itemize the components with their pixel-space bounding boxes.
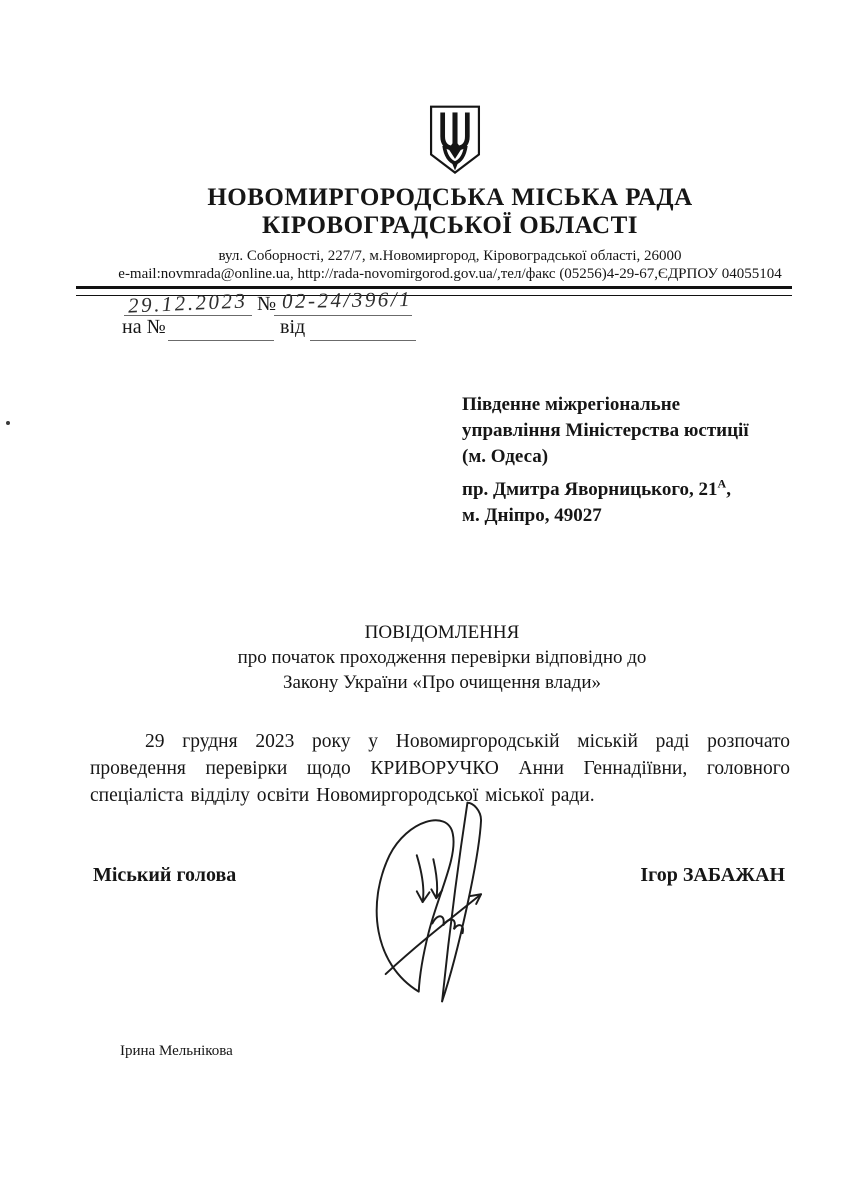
tryzub-emblem-icon (426, 96, 484, 184)
recipient-street-sup: А (718, 477, 727, 491)
recipient-street-line: пр. Дмитра Яворницького, 21А, (462, 477, 792, 503)
document-title-block: ПОВІДОМЛЕННЯ про початок проходження пер… (40, 620, 844, 695)
title-line2: про початок проходження перевірки відпов… (40, 645, 844, 670)
document-page: НОВОМИРГОРОДСЬКА МІСЬКА РАДА КІРОВОГРАДС… (0, 0, 848, 1200)
signer-name: Ігор ЗАБАЖАН (640, 864, 785, 887)
org-address-line: вул. Соборності, 227/7, м.Новомиргород, … (52, 248, 848, 265)
recipient-block: Південне міжрегіональне управління Мініс… (462, 392, 792, 529)
executor-name: Ірина Мельнікова (120, 1043, 233, 1060)
recipient-street-text: пр. Дмитра Яворницького, 21 (462, 479, 718, 500)
reply-to-number-label: на № (122, 316, 166, 339)
recipient-gap (462, 470, 792, 477)
org-name-line1: НОВОМИРГОРОДСЬКА МІСЬКА РАДА (52, 184, 848, 212)
recipient-line3: (м. Одеса) (462, 444, 792, 470)
title-line1: ПОВІДОМЛЕННЯ (40, 620, 844, 645)
recipient-street-tail: , (726, 479, 731, 500)
signer-position-title: Міський голова (93, 864, 236, 887)
reply-date-underline (310, 339, 416, 341)
recipient-line2: управління Міністерства юстиції (462, 418, 792, 444)
title-line3: Закону України «Про очищення влади» (40, 670, 844, 695)
signature-icon (335, 796, 520, 1011)
number-sign-label: № (257, 293, 276, 316)
scan-artifact-dot (6, 421, 10, 425)
recipient-line1: Південне міжрегіональне (462, 392, 792, 418)
org-name-line2: КІРОВОГРАДСЬКОЇ ОБЛАСТІ (52, 212, 848, 240)
reply-number-underline (168, 339, 274, 341)
reply-from-date-label: від (280, 316, 305, 339)
outgoing-number-handwritten: 02-24/396/1 (282, 287, 413, 314)
recipient-city-line: м. Дніпро, 49027 (462, 503, 792, 529)
org-contacts-line: e-mail:novmrada@online.ua, http://rada-n… (52, 266, 848, 283)
